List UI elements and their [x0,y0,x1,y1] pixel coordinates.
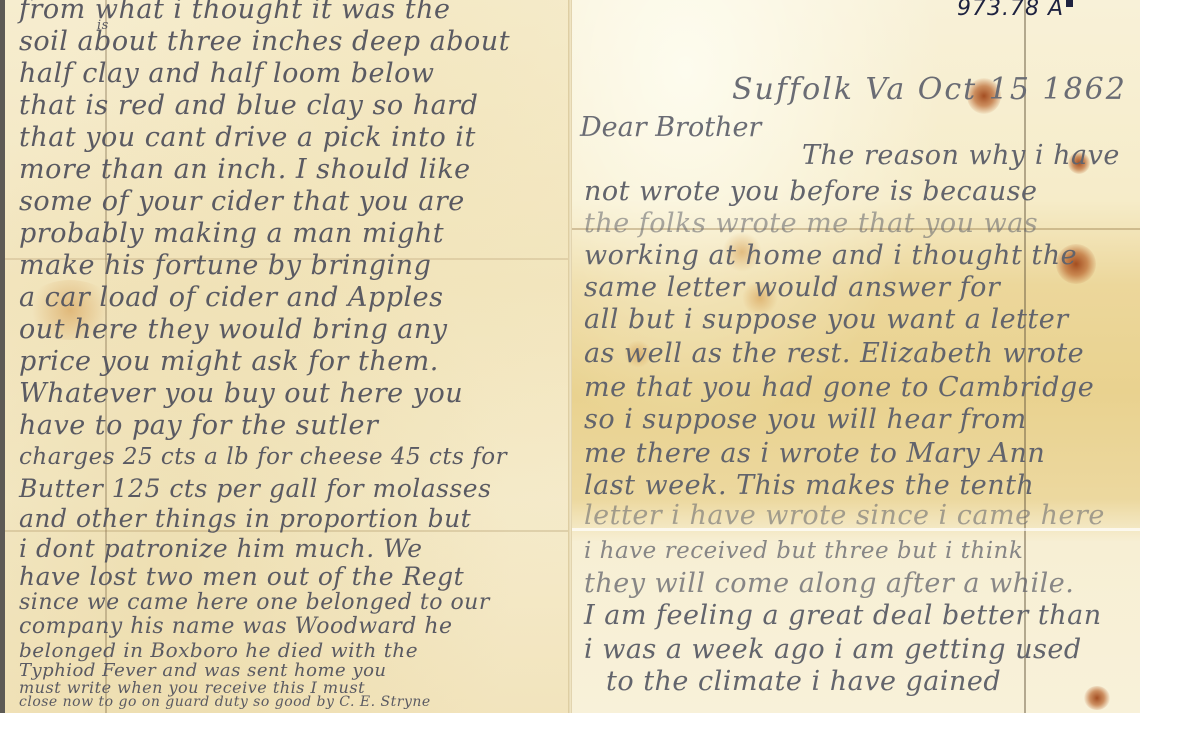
letter-line-signature: close now to go on guard duty so good by… [19,694,431,710]
letter-line: half clay and half loom below [19,58,435,89]
call-number-mark [1066,0,1073,7]
letter-line: they will come along after a while. [584,568,1074,599]
letter-line: so i suppose you will hear from [584,404,1027,435]
letter-line: same letter would answer for [584,272,1000,303]
letter-line: soil about three inches deep about [19,26,510,57]
rust-stain [1084,686,1110,710]
letter-line: have lost two men out of the Regt [19,562,464,591]
archival-call-number: 973.78 A [957,0,1073,21]
letter-line: more than an inch. I should like [19,154,471,185]
letter-line: i dont patronize him much. We [19,534,423,563]
letter-line: last week. This makes the tenth [584,470,1034,501]
letter-line: I am feeling a great deal better than [584,600,1102,631]
right-page: 973.78 A Suffolk Va Oct 15 1862 Dear Bro… [572,0,1140,713]
letter-line: that is red and blue clay so hard [19,90,478,121]
letter-line: as well as the rest. Elizabeth wrote [584,338,1084,369]
letter-line: have to pay for the sutler [19,410,378,441]
letter-line: price you might ask for them. [19,346,439,377]
letter-line: i was a week ago i am getting used [584,634,1082,665]
letter-scan: from what i thought it was the is soil a… [0,0,1140,713]
letter-line: and other things in proportion but [19,504,471,533]
letter-line: to the climate i have gained [606,666,1001,697]
letter-salutation: Dear Brother [580,112,761,143]
letter-line: letter i have wrote since i came here [584,500,1105,531]
letter-line: all but i suppose you want a letter [584,304,1069,335]
letter-line: The reason why i have [802,140,1120,171]
letter-line: me there as i wrote to Mary Ann [584,438,1045,469]
letter-line: since we came here one belonged to our [19,590,490,615]
letter-line: from what i thought it was the [19,0,451,25]
letter-line: some of your cider that you are [19,186,465,217]
letter-line: the folks wrote me that you was [584,208,1038,239]
letter-line: working at home and i thought the [584,240,1077,271]
letter-line: that you cant drive a pick into it [19,122,476,153]
letter-line: a car load of cider and Apples [19,282,443,313]
left-page: from what i thought it was the is soil a… [5,0,570,713]
letter-line: Butter 125 cts per gall for molasses [19,474,491,503]
letter-line: i have received but three but i think [584,538,1023,564]
letter-line: not wrote you before is because [584,176,1038,207]
letter-line: probably making a man might [19,218,444,249]
letter-line: company his name was Woodward he [19,614,453,639]
letter-line: me that you had gone to Cambridge [584,372,1094,403]
letter-line: make his fortune by bringing [19,250,431,281]
letter-line: charges 25 cts a lb for cheese 45 cts fo… [19,444,507,470]
letter-place-date: Suffolk Va Oct 15 1862 [732,72,1127,107]
letter-line: Whatever you buy out here you [19,378,463,409]
letter-line: out here they would bring any [19,314,448,345]
letter-line: belonged in Boxboro he died with the [19,638,418,662]
